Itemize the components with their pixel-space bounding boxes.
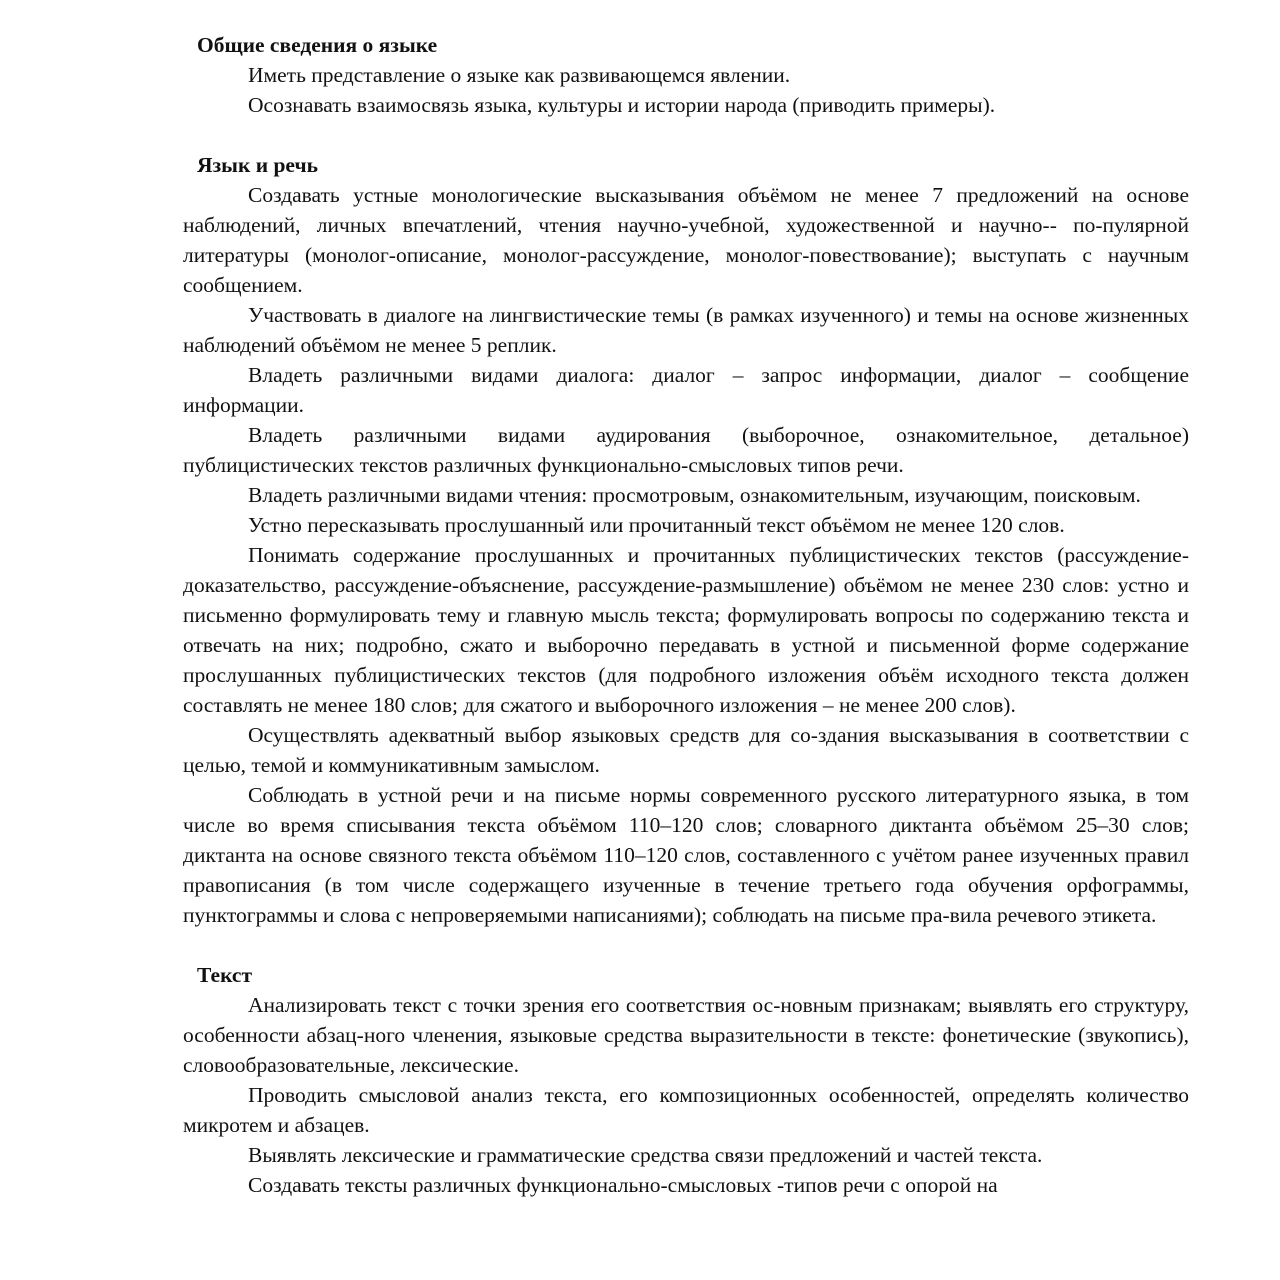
- paragraph: Владеть различными видами чтения: просмо…: [183, 480, 1189, 510]
- document-page: Общие сведения о языке Иметь представлен…: [183, 30, 1189, 1200]
- section-spacer: [183, 120, 1189, 150]
- paragraph: Соблюдать в устной речи и на письме норм…: [183, 780, 1189, 930]
- section-heading-language-speech: Язык и речь: [197, 150, 1189, 180]
- paragraph: Понимать содержание прослушанных и прочи…: [183, 540, 1189, 720]
- paragraph: Иметь представление о языке как развиваю…: [183, 60, 1189, 90]
- paragraph: Проводить смысловой анализ текста, его к…: [183, 1080, 1189, 1140]
- section-heading-text: Текст: [197, 960, 1189, 990]
- paragraph: Осознавать взаимосвязь языка, культуры и…: [183, 90, 1189, 120]
- paragraph: Анализировать текст с точки зрения его с…: [183, 990, 1189, 1080]
- paragraph: Владеть различными видами аудирования (в…: [183, 420, 1189, 480]
- paragraph: Осуществлять адекватный выбор языковых с…: [183, 720, 1189, 780]
- paragraph: Устно пересказывать прослушанный или про…: [183, 510, 1189, 540]
- paragraph: Создавать устные монологические высказыв…: [183, 180, 1189, 300]
- paragraph: Участвовать в диалоге на лингвистические…: [183, 300, 1189, 360]
- section-spacer: [183, 930, 1189, 960]
- section-heading-general: Общие сведения о языке: [197, 30, 1189, 60]
- paragraph: Создавать тексты различных функционально…: [183, 1170, 1189, 1200]
- paragraph: Владеть различными видами диалога: диало…: [183, 360, 1189, 420]
- paragraph: Выявлять лексические и грамматические ср…: [183, 1140, 1189, 1170]
